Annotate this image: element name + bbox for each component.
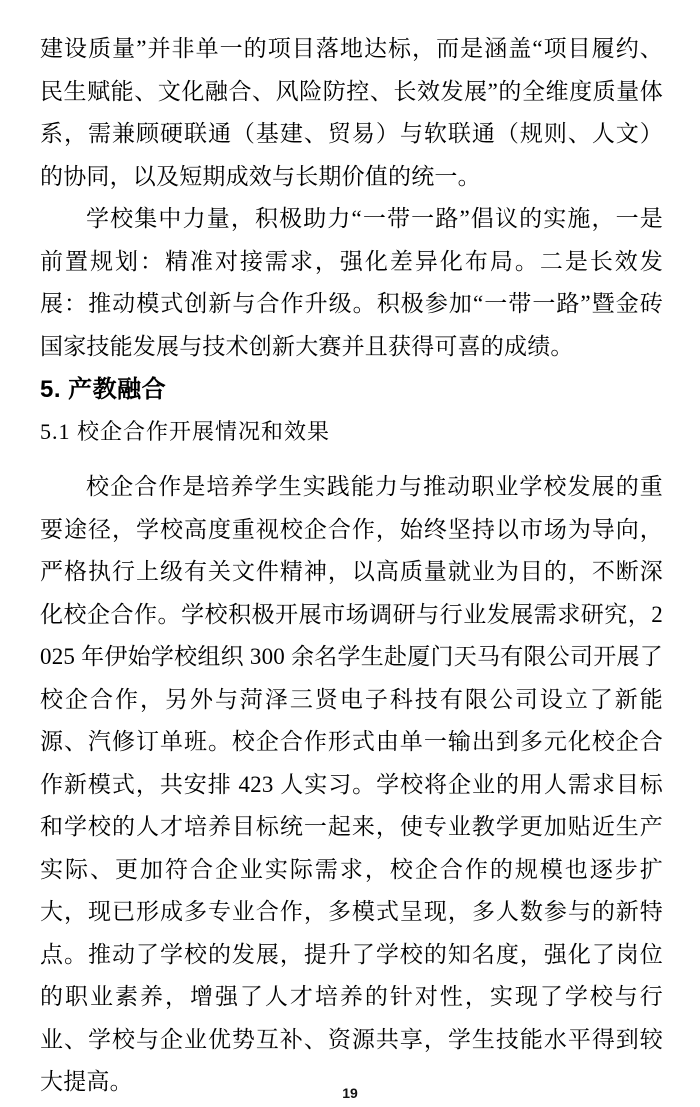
paragraph-quality-system: 建设质量”并非单一的项目落地达标，而是涵盖“项目履约、民生赋能、文化融合、风险防… bbox=[40, 28, 663, 198]
heading-section-5-industry-education-integration: 5. 产教融合 bbox=[40, 373, 663, 406]
paragraph-belt-and-road: 学校集中力量，积极助力“一带一路”倡议的实施，一是前置规划：精准对接需求，强化差… bbox=[40, 198, 663, 368]
paragraph-school-enterprise-cooperation-details: 校企合作是培养学生实践能力与推动职业学校发展的重要途径，学校高度重视校企合作，始… bbox=[40, 466, 663, 1104]
page-number: 19 bbox=[0, 1085, 700, 1101]
document-page: 建设质量”并非单一的项目落地达标，而是涵盖“项目履约、民生赋能、文化融合、风险防… bbox=[0, 0, 700, 1107]
heading-section-5-1-school-enterprise-cooperation: 5.1 校企合作开展情况和效果 bbox=[40, 415, 663, 448]
